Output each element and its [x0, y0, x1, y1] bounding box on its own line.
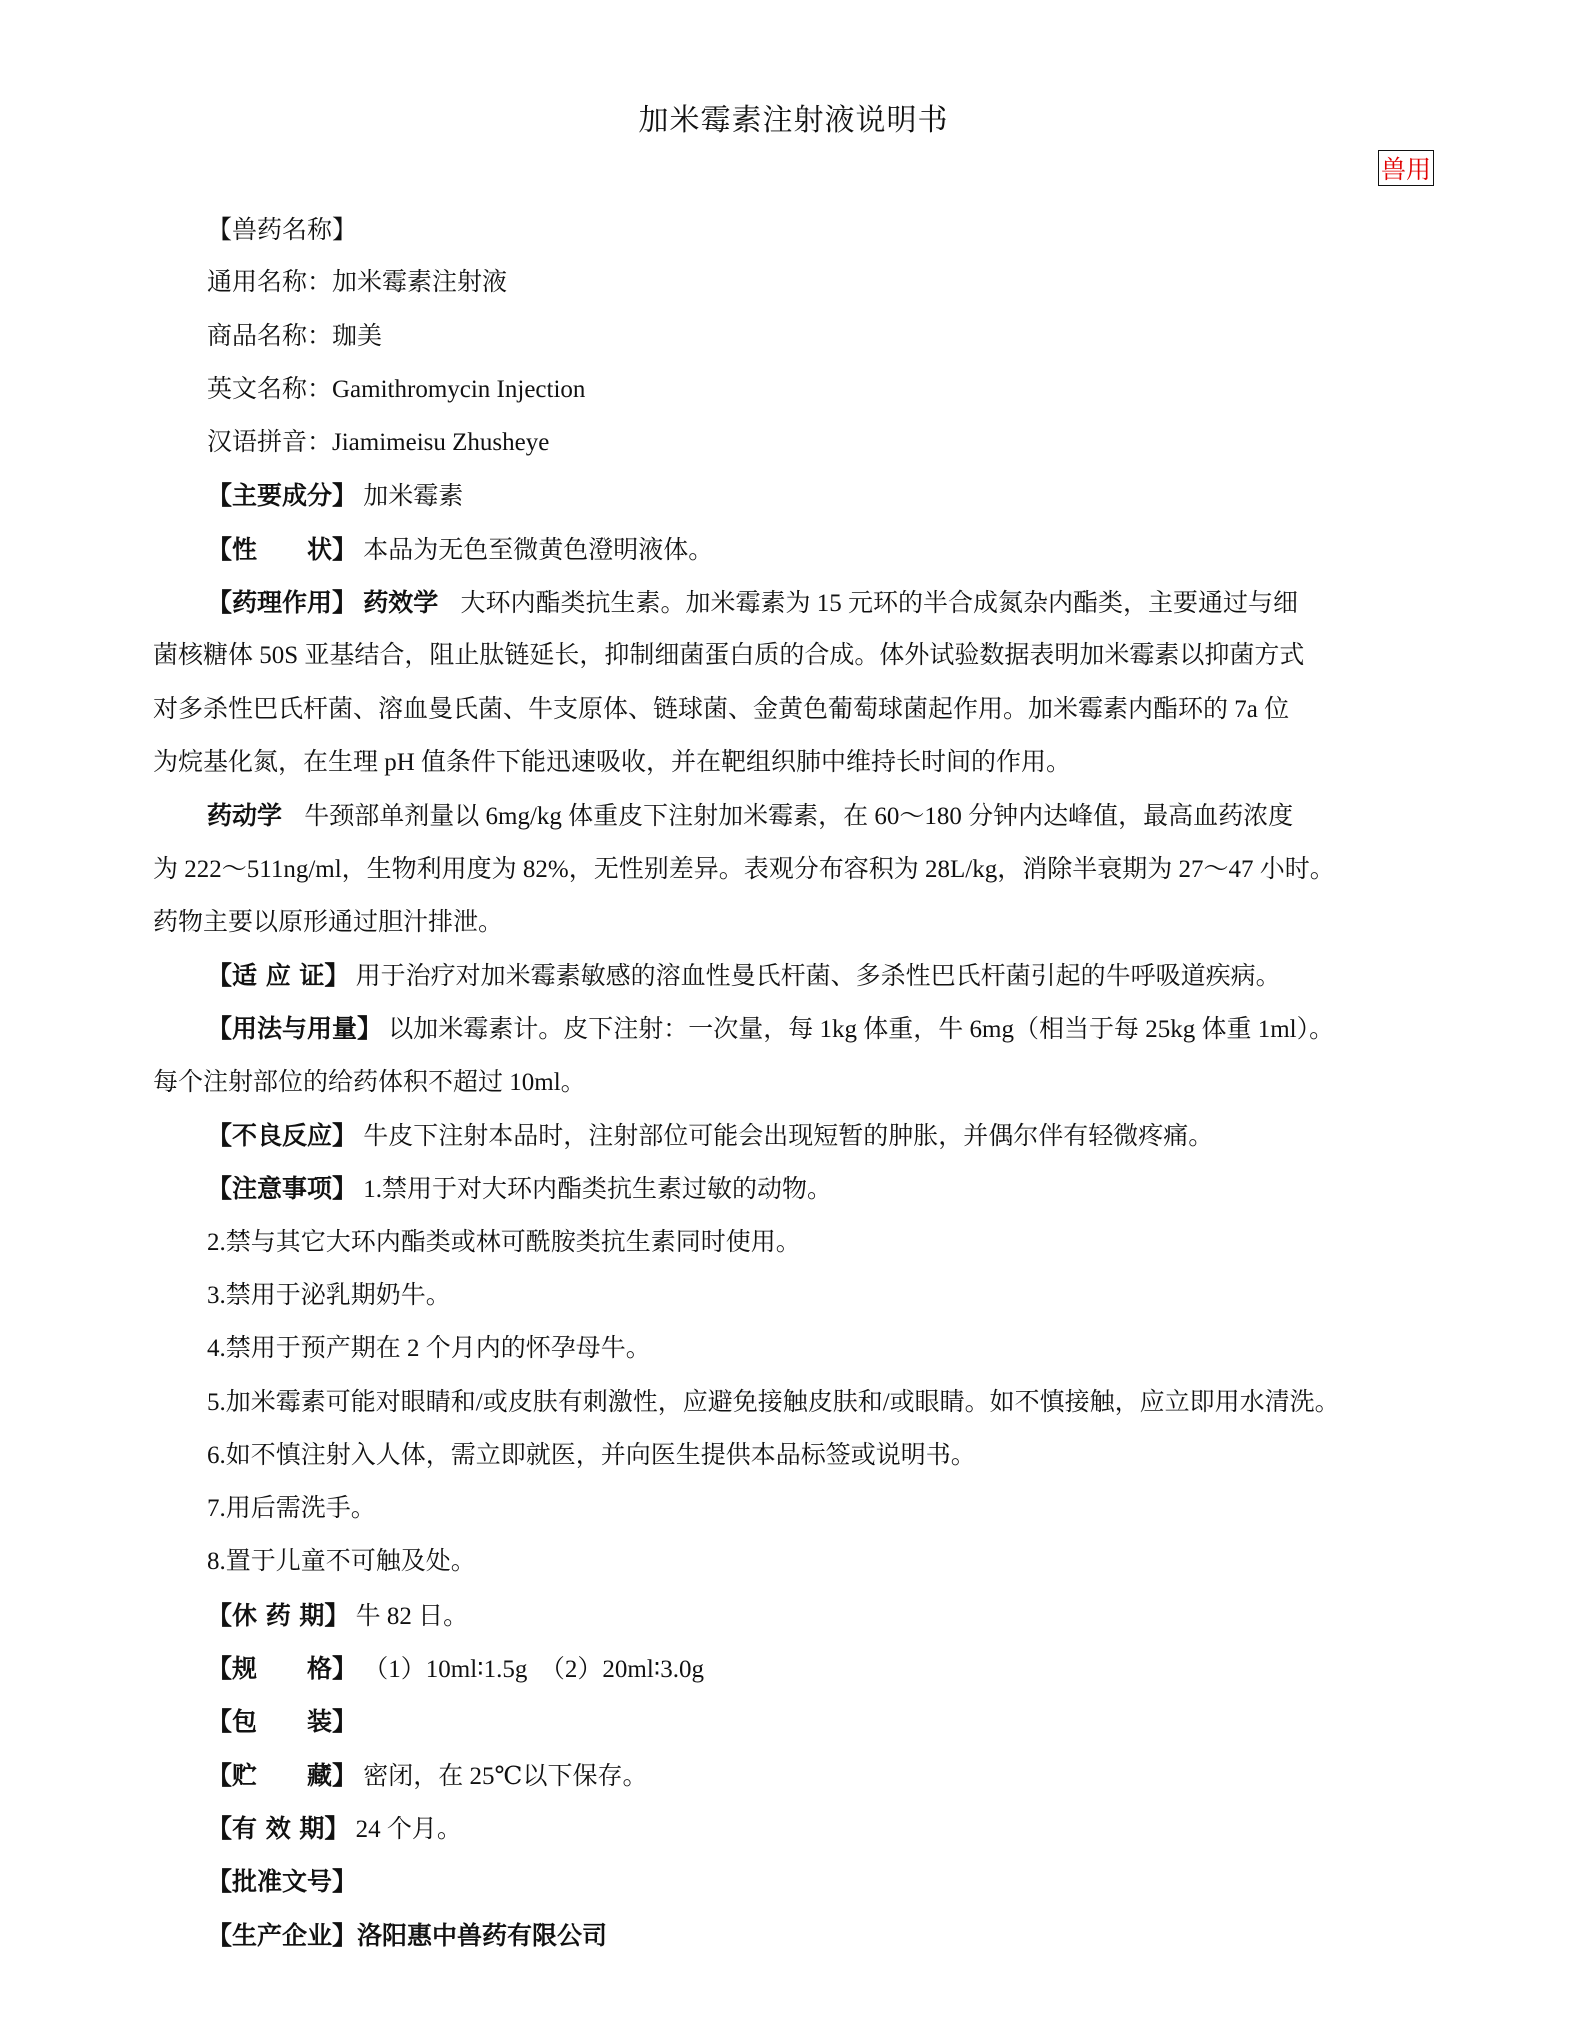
english-name-line: 英文名称：Gamithromycin Injection	[153, 363, 1437, 416]
appearance-text: 本品为无色至微黄色澄明液体。	[363, 537, 713, 564]
veterinary-use-badge: 兽用	[1378, 150, 1434, 186]
section-approval: 【批准文号】	[153, 1855, 1437, 1908]
heading-label: 【规 格】	[207, 1654, 357, 1683]
dosage-text: 每个注射部位的给药体积不超过 10ml。	[153, 1056, 1437, 1109]
pharmacodynamics-label: 药效学	[363, 588, 438, 617]
section-appearance: 【性 状】 本品为无色至微黄色澄明液体。	[153, 523, 1437, 576]
section-withdrawal: 【休 药 期】 牛 82 日。	[153, 1589, 1437, 1642]
pharmacodynamics-text: 大环内酯类抗生素。加米霉素为 15 元环的半合成氮杂内酯类，主要通过与细	[461, 590, 1299, 617]
heading-label: 【有 效 期】	[207, 1814, 349, 1843]
indications-text: 用于治疗对加米霉素敏感的溶血性曼氏杆菌、多杀性巴氏杆菌引起的牛呼吸道疾病。	[356, 963, 1281, 990]
pharmacokinetics-text: 药物主要以原形通过胆汁排泄。	[153, 896, 1437, 949]
adverse-text: 牛皮下注射本品时，注射部位可能会出现短暂的肿胀，并偶尔伴有轻微疼痛。	[363, 1123, 1213, 1150]
pinyin-line: 汉语拼音：Jiamimeisu Zhusheye	[153, 416, 1437, 469]
section-specification: 【规 格】 （1）10ml∶1.5g （2）20ml∶3.0g	[153, 1642, 1437, 1695]
heading-label: 【批准文号】	[207, 1867, 357, 1896]
section-name-heading: 【兽药名称】	[153, 203, 1437, 256]
storage-text: 密闭，在 25℃以下保存。	[363, 1763, 647, 1790]
trade-name-line: 商品名称：珈美	[153, 310, 1437, 363]
pharmacodynamics-text: 为烷基化氮，在生理 pH 值条件下能迅速吸收，并在靶组织肺中维持长时间的作用。	[153, 736, 1437, 789]
heading-label: 【不良反应】	[207, 1121, 357, 1150]
section-adverse: 【不良反应】 牛皮下注射本品时，注射部位可能会出现短暂的肿胀，并偶尔伴有轻微疼痛…	[153, 1109, 1437, 1162]
heading-label: 【包 装】	[207, 1707, 357, 1736]
heading-label: 【用法与用量】	[207, 1014, 382, 1043]
manufacturer-text: 洛阳惠中兽药有限公司	[357, 1921, 607, 1950]
section-ingredient: 【主要成分】 加米霉素	[153, 469, 1437, 522]
shelf-life-text: 24 个月。	[356, 1816, 462, 1843]
heading-label: 【性 状】	[207, 535, 357, 564]
heading-label: 【生产企业】	[207, 1921, 357, 1950]
pharmacokinetics-text: 牛颈部单剂量以 6mg/kg 体重皮下注射加米霉素，在 60～180 分钟内达峰…	[304, 803, 1293, 830]
dosage-text: 以加米霉素计。皮下注射：一次量，每 1kg 体重，牛 6mg（相当于每 25kg…	[388, 1016, 1334, 1043]
section-shelf-life: 【有 效 期】 24 个月。	[153, 1802, 1437, 1855]
heading-label: 【药理作用】	[207, 588, 357, 617]
precaution-item: 7.用后需洗手。	[153, 1482, 1437, 1535]
heading-label: 【休 药 期】	[207, 1601, 349, 1630]
section-pharmacology: 【药理作用】 药效学 大环内酯类抗生素。加米霉素为 15 元环的半合成氮杂内酯类…	[153, 576, 1437, 629]
precaution-item: 6.如不慎注射入人体，需立即就医，并向医生提供本品标签或说明书。	[153, 1429, 1437, 1482]
section-precautions: 【注意事项】 1.禁用于对大环内酯类抗生素过敏的动物。	[153, 1162, 1437, 1215]
heading-label: 【主要成分】	[207, 481, 357, 510]
section-storage: 【贮 藏】 密闭，在 25℃以下保存。	[153, 1749, 1437, 1802]
ingredient-text: 加米霉素	[363, 483, 463, 510]
pharmacokinetics-label: 药动学	[207, 801, 282, 830]
heading-label: 【兽药名称】	[207, 215, 357, 244]
pharmacokinetics-text: 为 222～511ng/ml，生物利用度为 82%，无性别差异。表观分布容积为 …	[153, 843, 1437, 896]
pharmacodynamics-text: 对多杀性巴氏杆菌、溶血曼氏菌、牛支原体、链球菌、金黄色葡萄球菌起作用。加米霉素内…	[153, 683, 1437, 736]
section-dosage: 【用法与用量】 以加米霉素计。皮下注射：一次量，每 1kg 体重，牛 6mg（相…	[153, 1002, 1437, 1055]
pharmacodynamics-text: 菌核糖体 50S 亚基结合，阻止肽链延长，抑制细菌蛋白质的合成。体外试验数据表明…	[153, 629, 1437, 682]
section-manufacturer: 【生产企业】洛阳惠中兽药有限公司	[153, 1909, 1437, 1962]
document-body: 【兽药名称】 通用名称：加米霉素注射液 商品名称：珈美 英文名称：Gamithr…	[153, 203, 1437, 1962]
generic-name-line: 通用名称：加米霉素注射液	[153, 256, 1437, 309]
section-indications: 【适 应 证】 用于治疗对加米霉素敏感的溶血性曼氏杆菌、多杀性巴氏杆菌引起的牛呼…	[153, 949, 1437, 1002]
precaution-item: 4.禁用于预产期在 2 个月内的怀孕母牛。	[153, 1322, 1437, 1375]
specification-text: （1）10ml∶1.5g （2）20ml∶3.0g	[363, 1656, 704, 1683]
document-title: 加米霉素注射液说明书	[0, 95, 1587, 139]
precaution-item: 5.加米霉素可能对眼睛和/或皮肤有刺激性，应避免接触皮肤和/或眼睛。如不慎接触，…	[153, 1376, 1437, 1429]
withdrawal-text: 牛 82 日。	[356, 1603, 469, 1630]
precaution-item: 3.禁用于泌乳期奶牛。	[153, 1269, 1437, 1322]
section-packaging: 【包 装】	[153, 1695, 1437, 1748]
heading-label: 【适 应 证】	[207, 961, 349, 990]
precaution-item: 1.禁用于对大环内酯类抗生素过敏的动物。	[363, 1176, 832, 1203]
precaution-item: 2.禁与其它大环内酯类或林可酰胺类抗生素同时使用。	[153, 1216, 1437, 1269]
heading-label: 【贮 藏】	[207, 1761, 357, 1790]
heading-label: 【注意事项】	[207, 1174, 357, 1203]
pharmacokinetics-line: 药动学 牛颈部单剂量以 6mg/kg 体重皮下注射加米霉素，在 60～180 分…	[153, 789, 1437, 842]
precaution-item: 8.置于儿童不可触及处。	[153, 1535, 1437, 1588]
